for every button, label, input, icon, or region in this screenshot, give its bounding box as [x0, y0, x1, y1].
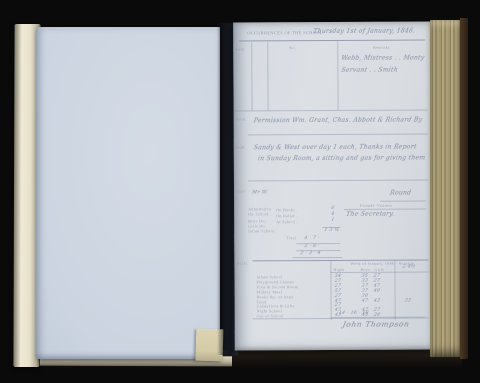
page-block-fore-edge: [430, 20, 462, 357]
margin-label: Rept.: [236, 144, 246, 149]
page-header-printed: Occurrences of the School: [247, 30, 323, 35]
accounts-value: 4: [331, 212, 335, 217]
visitors-written-name: Round: [389, 190, 411, 197]
accounts-value: 1: [331, 218, 335, 223]
section-rule: [234, 110, 428, 112]
accounts-arith: 2 · 8 ·: [304, 244, 320, 249]
section-rule: [248, 134, 428, 136]
accounts-sublabel: At School .: [276, 219, 298, 224]
visitors-printed-label: Friends' Visitors: [360, 203, 392, 208]
visitors-underline: [380, 201, 426, 202]
accounts-arith: 4 · 7 ·: [304, 236, 320, 241]
week-table-rows: Infant School343527Playground Classes273…: [233, 21, 431, 22]
week-table-span-header: Week of January, 1846: [350, 261, 394, 266]
column-rule: [251, 42, 252, 110]
visitors-rule: [344, 209, 426, 210]
column-rule: [337, 41, 338, 110]
back-cover-edge: [460, 18, 468, 359]
page-header-written-date: Thursday 1st of January, 1846.: [313, 28, 416, 36]
note-entry-line: in Sunday Room, a sitting and gas for gi…: [257, 155, 426, 163]
accounts-value: 6: [331, 206, 335, 211]
arith-rule: [292, 257, 342, 258]
note-entry-line: Sandy & West over day 1 each, Thanks in …: [253, 144, 417, 152]
accounts-total-label: Total: [286, 235, 296, 240]
week-table-right-header-value: 2 4½: [402, 265, 416, 270]
footer-arithmetic: 14 · 16 · 10: [338, 311, 369, 316]
permission-entry: Permission Wm. Grant, Chas. Abbott & Ric…: [253, 117, 423, 125]
right-register-page: Occurrences of the School Thursday 1st o…: [233, 21, 433, 350]
margin-label: Accts.: [236, 260, 248, 265]
top-table-entry: Webb, Mistress . . Monty: [341, 55, 425, 62]
header-rule: [239, 40, 425, 42]
top-table-col1-header: No.: [289, 45, 296, 50]
accounts-label: the School: [248, 211, 269, 216]
top-table-col2-header: Remarks: [373, 45, 390, 50]
accounts-sum: 1 3 ¾: [324, 228, 340, 233]
signature: John Thompson: [342, 320, 410, 329]
accounts-sublabel: On Relief .: [276, 213, 298, 218]
margin-label: Visit: [236, 188, 245, 193]
accounts-written-note: The Secretary.: [346, 211, 396, 218]
left-blank-page: [36, 27, 220, 359]
top-table-entry: Servant . . Smith: [341, 67, 399, 74]
accounts-label: Infant School: [248, 228, 274, 233]
accounts-sublabel: On Books .: [276, 207, 298, 212]
visitors-written-left: Mr W.: [252, 190, 269, 195]
photograph-of-open-register: Occurrences of the School Thursday 1st o…: [0, 0, 480, 383]
section-rule: [248, 180, 428, 182]
margin-label: Perm.: [236, 116, 247, 121]
margin-label: Genl.: [235, 46, 246, 51]
column-rule: [267, 42, 268, 110]
accounts-arith: 2 · 3 · 4: [300, 251, 321, 256]
